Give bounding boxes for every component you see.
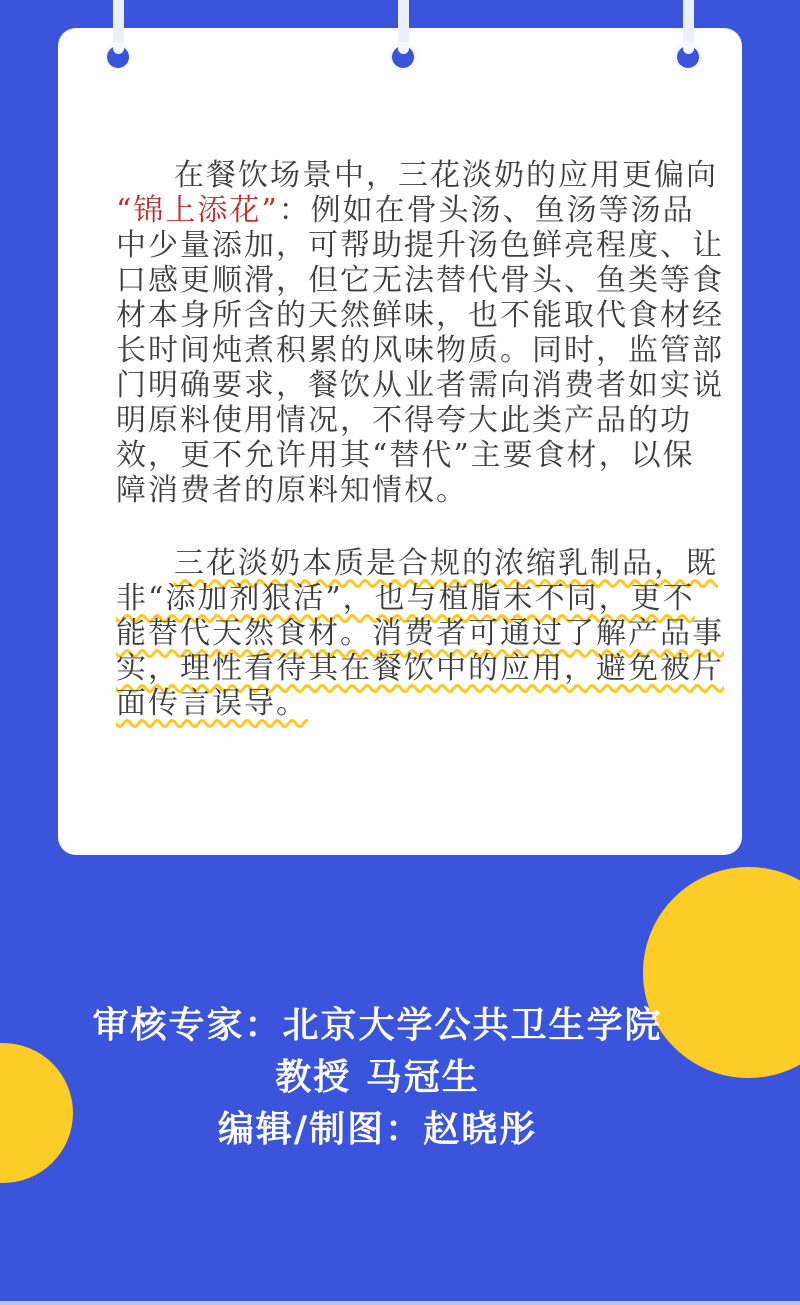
bottom-edge-strip <box>0 1301 800 1305</box>
text-line: 实，理性看待其在餐饮中的应用，避免被片 <box>116 651 730 686</box>
text-line-content: 障消费者的原料知情权。 <box>116 473 468 508</box>
text-line: 障消费者的原料知情权。 <box>116 473 730 508</box>
pin-ring-notch <box>398 43 409 54</box>
text-line-content: 材本身所含的天然鲜味，也不能取代食材经 <box>116 298 724 333</box>
hanging-pin-icon <box>673 0 703 80</box>
paragraph-2-underlined: 三花淡奶本质是合规的浓缩乳制品，既 非“添加剂狠活”，也与植脂末不同，更不 能替… <box>116 546 730 721</box>
text-line: 中少量添加，可帮助提升汤色鲜亮程度、让 <box>116 228 730 263</box>
article-text: 在餐饮场景中，三花淡奶的应用更偏向 “锦上添花”：例如在骨头汤、鱼汤等汤品 中少… <box>116 158 730 721</box>
credits-reviewer-title: 教授 马冠生 <box>0 1052 755 1104</box>
text-line-content: 长时间炖煮积累的风味物质。同时，监管部 <box>116 333 724 368</box>
text-line: “锦上添花”：例如在骨头汤、鱼汤等汤品 <box>116 193 730 228</box>
highlighted-phrase: “锦上添花” <box>116 193 279 228</box>
wavy-underlined-text: 能替代天然食材。消费者可通过了解产品事 <box>116 616 724 651</box>
text-line: 效，更不允许用其“替代”主要食材，以保 <box>116 438 730 473</box>
hanging-pin-icon <box>388 0 418 80</box>
text-line-content: 明原料使用情况，不得夸大此类产品的功 <box>116 403 692 438</box>
text-line: 三花淡奶本质是合规的浓缩乳制品，既 <box>116 546 730 581</box>
text-line: 材本身所含的天然鲜味，也不能取代食材经 <box>116 298 730 333</box>
text-line-content: ：例如在骨头汤、鱼汤等汤品 <box>279 193 695 228</box>
text-line: 能替代天然食材。消费者可通过了解产品事 <box>116 616 730 651</box>
wavy-underlined-text: 实，理性看待其在餐饮中的应用，避免被片 <box>116 651 724 686</box>
credits-block: 审核专家：北京大学公共卫生学院 教授 马冠生 编辑/制图：赵晓彤 <box>0 1000 800 1156</box>
poster-canvas: 在餐饮场景中，三花淡奶的应用更偏向 “锦上添花”：例如在骨头汤、鱼汤等汤品 中少… <box>0 0 800 1305</box>
text-line: 门明确要求，餐饮从业者需向消费者如实说 <box>116 368 730 403</box>
text-line-content: 中少量添加，可帮助提升汤色鲜亮程度、让 <box>116 228 724 263</box>
pin-ring-notch <box>113 43 124 54</box>
credits-editor: 编辑/制图：赵晓彤 <box>0 1104 755 1156</box>
wavy-underlined-text: 非“添加剂狠活”，也与植脂末不同，更不 <box>116 581 695 616</box>
text-line: 非“添加剂狠活”，也与植脂末不同，更不 <box>116 581 730 616</box>
hanging-pin-icon <box>103 0 133 80</box>
text-line-content: 门明确要求，餐饮从业者需向消费者如实说 <box>116 368 724 403</box>
text-line: 在餐饮场景中，三花淡奶的应用更偏向 <box>116 158 730 193</box>
paragraph-1: 在餐饮场景中，三花淡奶的应用更偏向 “锦上添花”：例如在骨头汤、鱼汤等汤品 中少… <box>116 158 730 508</box>
text-line-content: 口感更顺滑，但它无法替代骨头、鱼类等食 <box>116 263 724 298</box>
wavy-underlined-text: 三花淡奶本质是合规的浓缩乳制品，既 <box>174 546 718 581</box>
text-line: 明原料使用情况，不得夸大此类产品的功 <box>116 403 730 438</box>
text-line-content: 效，更不允许用其“替代”主要食材，以保 <box>116 438 695 473</box>
credits-reviewer: 审核专家：北京大学公共卫生学院 <box>0 1000 755 1052</box>
wavy-underlined-text: 面传言误导。 <box>116 686 308 721</box>
text-line: 口感更顺滑，但它无法替代骨头、鱼类等食 <box>116 263 730 298</box>
text-line: 面传言误导。 <box>116 686 730 721</box>
text-line-content: 在餐饮场景中，三花淡奶的应用更偏向 <box>174 158 718 193</box>
text-line: 长时间炖煮积累的风味物质。同时，监管部 <box>116 333 730 368</box>
pin-ring-notch <box>683 43 694 54</box>
